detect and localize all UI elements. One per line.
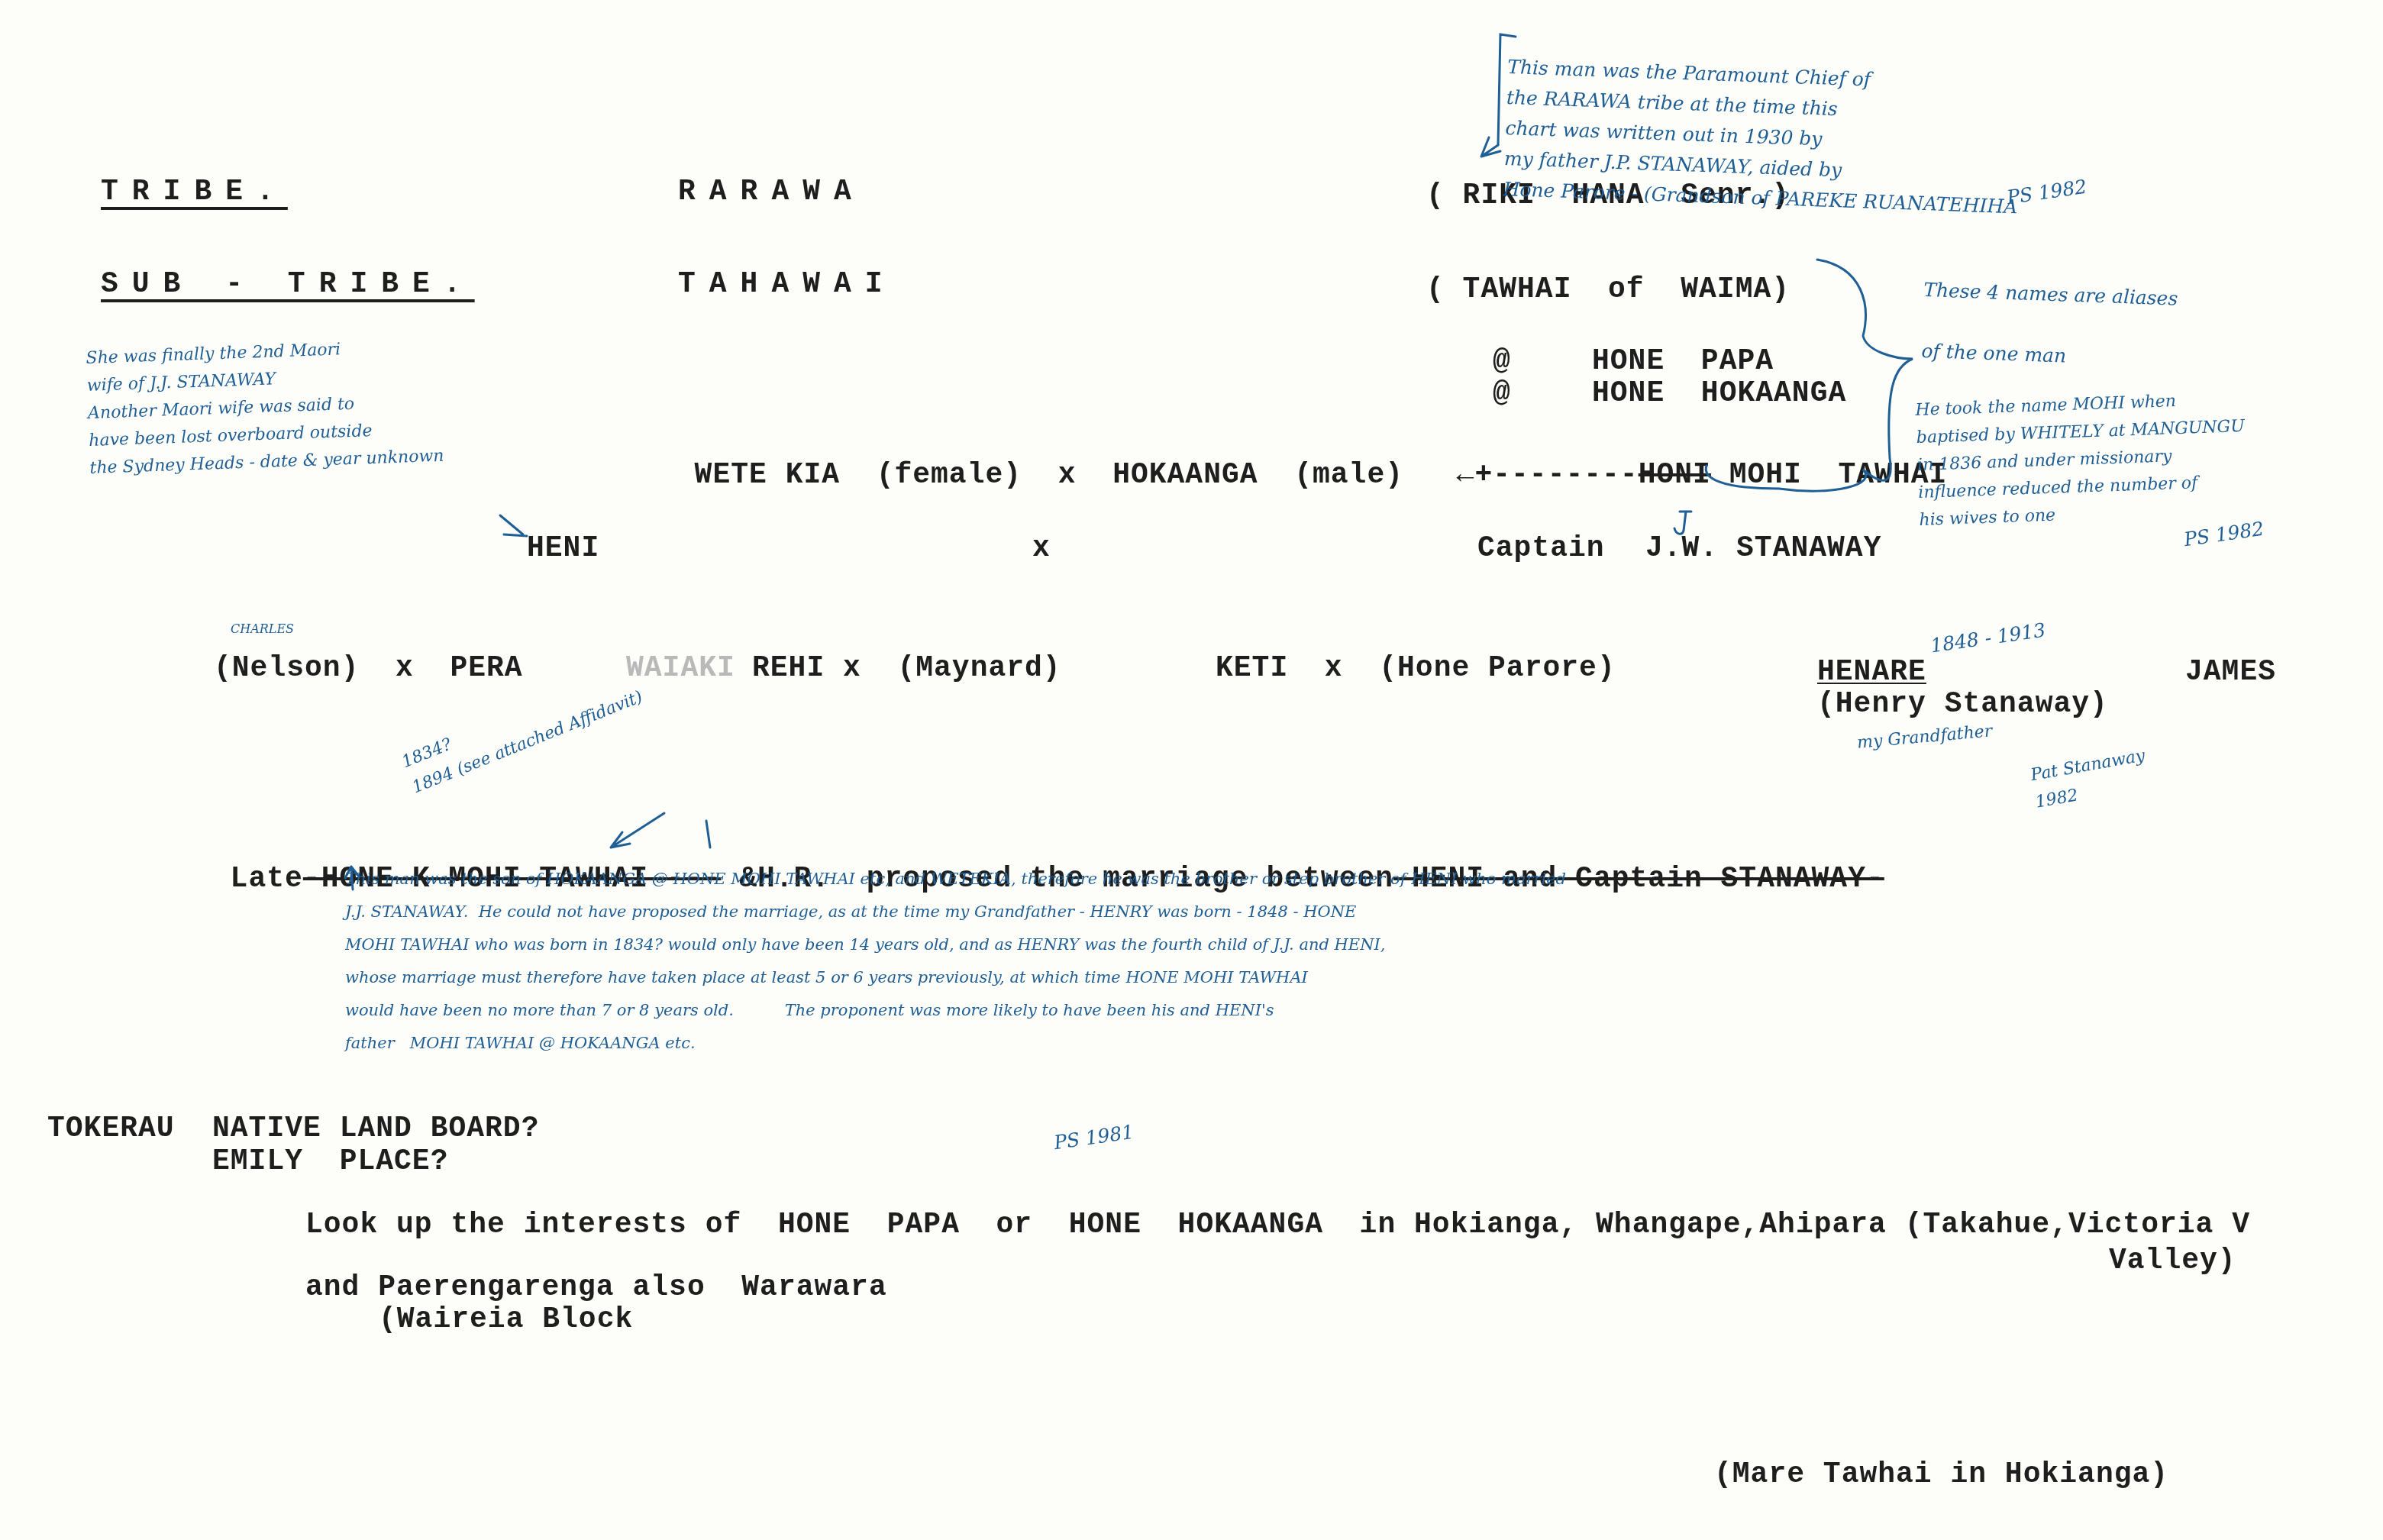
tribe-value: RARAWA <box>678 178 865 207</box>
lookup-line-3: (Waireia Block <box>379 1306 633 1335</box>
j-correction-mark <box>1674 512 1691 534</box>
rehi-couple: REHI x (Maynard) <box>752 654 1061 683</box>
chief-note-arrow-icon <box>1481 137 1500 157</box>
henare: HENARE <box>1817 658 1926 687</box>
bottom-note: (Mare Tawhai in Hokianga) <box>1714 1461 2168 1490</box>
board-line-1: NATIVE LAND BOARD? <box>212 1115 539 1144</box>
alias-note: These 4 names are aliases of the one man <box>1921 275 2178 376</box>
heni-note: She was finally the 2nd Maori wife of J.… <box>86 333 444 483</box>
board-line-2: EMILY PLACE? <box>212 1148 448 1177</box>
wete-kia-sex: (female) <box>877 459 1022 492</box>
charles-note: CHARLES <box>231 615 294 643</box>
lookup-line-1b: Valley) <box>2109 1247 2236 1276</box>
proposal-note: This man was the son of HOKAANGA @ HONE … <box>345 863 1566 1060</box>
heni: HENI <box>527 534 599 563</box>
heni-arrow-icon <box>500 515 527 536</box>
struck-name-honi: HONI <box>1639 459 1711 492</box>
generation-1-row: WETE KIA (female) x HOKAANGA (male) <box>658 432 1403 490</box>
hokaanga: HOKAANGA <box>1112 459 1258 492</box>
pen-strokes <box>0 0 2383 1540</box>
grandfather-note: my Grandfather <box>1856 718 1994 757</box>
board-label: TOKERAU <box>47 1115 175 1144</box>
lookup-line-1: Look up the interests of HONE PAPA or HO… <box>305 1211 2250 1240</box>
henare-dates: 1848 - 1913 <box>1929 615 2048 662</box>
subtribe-chief: ( TAWHAI of WAIMA) <box>1426 276 1790 305</box>
hokaanga-sex: (male) <box>1294 459 1403 492</box>
left-arrow-icon: ←+-------- <box>1457 459 1639 492</box>
subtribe-label: SUB - TRIBE. <box>101 270 475 299</box>
proposal-prefix: Late <box>231 863 303 896</box>
keti-couple: KETI x (Hone Parore) <box>1216 654 1616 683</box>
alias-hone-papa: HONE PAPA <box>1592 347 1774 376</box>
faded-name: WAIAKI <box>626 654 754 683</box>
lookup-line-2: and Paerengarenga also Warawara <box>305 1274 887 1303</box>
proposal-note-signature: PS 1981 <box>1052 1117 1136 1158</box>
captain-title: Captain <box>1477 534 1605 563</box>
grandfather-signature: Pat Stanaway 1982 <box>2029 742 2152 816</box>
alias-marker-2: @ <box>1493 379 1511 408</box>
alias-mohi-tawhai: MOHI TAWHAI <box>1711 459 1947 492</box>
alias-marker-1: @ <box>1493 347 1511 376</box>
tribe-label: TRIBE. <box>101 178 288 207</box>
henare-english-name: (Henry Stanaway) <box>1817 690 2108 719</box>
pera-couple: (Nelson) x PERA <box>214 654 523 683</box>
alias-hone-hokaanga: HONE HOKAANGA <box>1592 379 1846 408</box>
chief-note: This man was the Paramount Chief of the … <box>1503 52 2023 222</box>
alias-arrow: ←+--------HONI MOHI TAWHAI <box>1420 432 1947 490</box>
james: JAMES <box>2185 658 2276 687</box>
marriage-cross: x <box>1058 459 1077 492</box>
marriage-cross-2: x <box>1032 534 1051 563</box>
baptism-note: He took the name MOHI when baptised by W… <box>1915 386 2248 534</box>
captain-stanaway: J.W. STANAWAY <box>1645 534 1881 563</box>
wete-kia: WETE KIA <box>695 459 840 492</box>
subtribe-value: TAHAWAI <box>678 270 896 299</box>
